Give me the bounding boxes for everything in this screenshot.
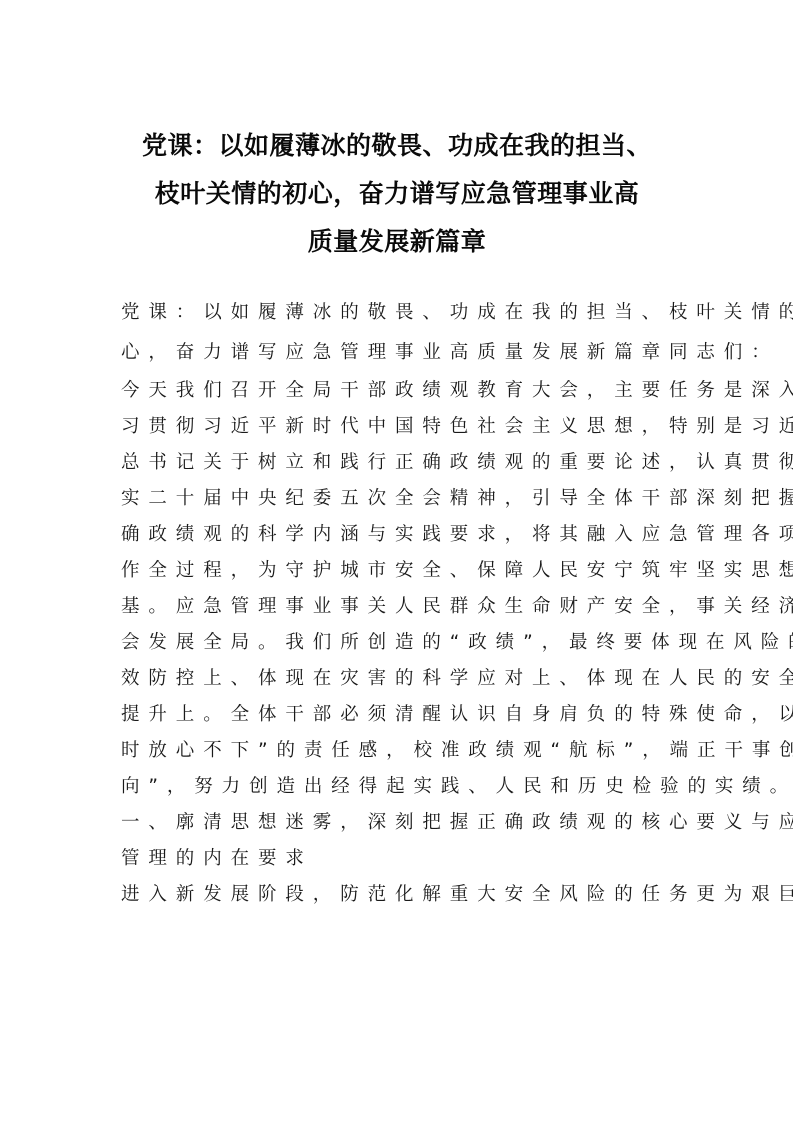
document-body: 党课：以如履薄冰的敬畏、功成在我的担当、枝叶关情的初 心，奋力谱写应急管理事业高… bbox=[121, 293, 681, 913]
body-line-opening: 党课：以如履薄冰的敬畏、功成在我的担当、枝叶关情的初 bbox=[121, 293, 681, 333]
section-heading-line-1: 一、廓清思想迷雾，深刻把握正确政绩观的核心要义与应急 bbox=[121, 805, 681, 841]
body-line: 习贯彻习近平新时代中国特色社会主义思想，特别是习近平 bbox=[121, 409, 681, 445]
body-line: 确政绩观的科学内涵与实践要求，将其融入应急管理各项工 bbox=[121, 517, 681, 553]
section-heading-line-2: 管理的内在要求 bbox=[121, 841, 681, 877]
body-line: 实二十届中央纪委五次全会精神，引导全体干部深刻把握正 bbox=[121, 481, 681, 517]
body-line: 时放心不下”的责任感，校准政绩观“航标”，端正干事创业“导 bbox=[121, 733, 681, 769]
body-line: 基。应急管理事业事关人民群众生命财产安全，事关经济社 bbox=[121, 589, 681, 625]
title-line-3: 质量发展新篇章 bbox=[112, 218, 682, 266]
document-page: 党课：以如履薄冰的敬畏、功成在我的担当、 枝叶关情的初心，奋力谱写应急管理事业高… bbox=[0, 0, 793, 1122]
title-line-2: 枝叶关情的初心，奋力谱写应急管理事业高 bbox=[112, 170, 682, 218]
body-line: 会发展全局。我们所创造的“政绩”，最终要体现在风险的有 bbox=[121, 625, 681, 661]
body-line: 进入新发展阶段，防范化解重大安全风险的任务更为艰巨繁 bbox=[121, 877, 681, 913]
body-line: 提升上。全体干部必须清醒认识自身肩负的特殊使命，以“时 bbox=[121, 697, 681, 733]
title-line-1: 党课：以如履薄冰的敬畏、功成在我的担当、 bbox=[112, 122, 682, 170]
body-line: 总书记关于树立和践行正确政绩观的重要论述，认真贯彻落 bbox=[121, 445, 681, 481]
body-line: 今天我们召开全局干部政绩观教育大会，主要任务是深入学 bbox=[121, 373, 681, 409]
body-line: 效防控上、体现在灾害的科学应对上、体现在人民的安全感 bbox=[121, 661, 681, 697]
body-line: 作全过程，为守护城市安全、保障人民安宁筑牢坚实思想根 bbox=[121, 553, 681, 589]
body-line-salutation: 心，奋力谱写应急管理事业高质量发展新篇章同志们： bbox=[121, 333, 681, 373]
document-title: 党课：以如履薄冰的敬畏、功成在我的担当、 枝叶关情的初心，奋力谱写应急管理事业高… bbox=[112, 122, 682, 266]
body-line: 向”，努力创造出经得起实践、人民和历史检验的实绩。 bbox=[121, 769, 681, 805]
